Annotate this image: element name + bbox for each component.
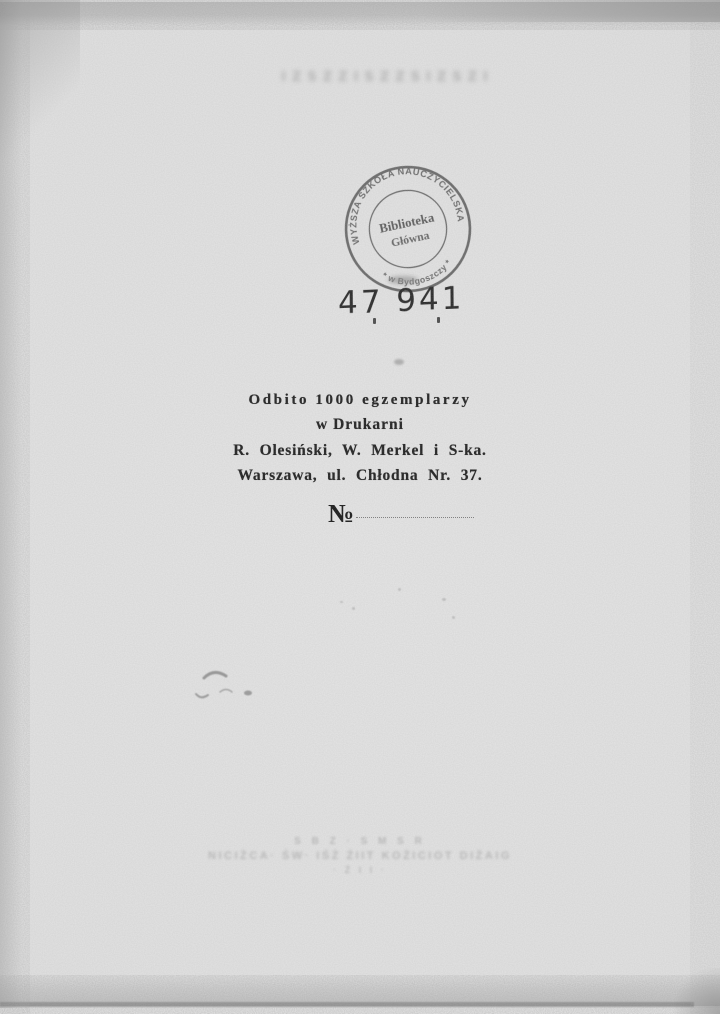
pencil-smudge <box>190 664 300 704</box>
scan-corner-shadow-topleft <box>0 0 80 160</box>
imprint-line-printer-names: R. Olesiński, W. Merkel i S-ka. <box>0 442 720 460</box>
faint-dot <box>340 601 343 603</box>
copy-number-row: № <box>328 499 474 529</box>
scan-bottom-dark-line <box>0 1002 694 1007</box>
ink-speck <box>373 318 376 324</box>
bleedthrough-line: S B Z · S M S R <box>0 836 720 847</box>
scan-bottom-light-strip <box>0 1008 720 1014</box>
bleedthrough-line: · Ż I I · <box>0 865 720 875</box>
scan-corner-shadow-bottomright <box>674 968 720 1014</box>
bleedthrough-bottom-block: S B Z · S M S R NICIŻCA· ŚW· IŚŻ ŻIIT KO… <box>0 836 720 875</box>
copy-number-label: № <box>328 499 354 528</box>
bleedthrough-top-band: IZSZZISZZSIZSZI <box>240 70 535 96</box>
faint-dot <box>398 588 401 591</box>
ink-speck <box>437 317 440 323</box>
handwritten-accession-number: 47 941 <box>338 280 465 322</box>
stamp-top-arc-text: WYŻSZA SZKOŁA NAUCZYCIELSKA <box>337 155 466 246</box>
bleedthrough-line: NICIŻCA· ŚW· IŚŻ ŻIIT KOŻICIOT DIŻAIG <box>0 850 720 862</box>
imprint-line-printinghouse: w Drukarni <box>0 416 720 434</box>
printer-imprint: Odbito 1000 egzemplarzy w Drukarni R. Ol… <box>0 392 720 485</box>
faint-dot <box>452 616 455 619</box>
scan-edge-shadow-top-right <box>420 0 720 22</box>
dotted-fill-line <box>356 517 474 518</box>
imprint-line-edition: Odbito 1000 egzemplarzy <box>0 392 720 409</box>
faint-dot <box>442 598 446 601</box>
imprint-line-address: Warszawa, ul. Chłodna Nr. 37. <box>0 467 720 485</box>
scanned-page: IZSZZISZZSIZSZI WYŻSZA SZKOŁA NAUCZYCIEL… <box>0 0 720 1014</box>
faint-dot <box>352 607 355 610</box>
gray-smudge <box>394 359 404 365</box>
